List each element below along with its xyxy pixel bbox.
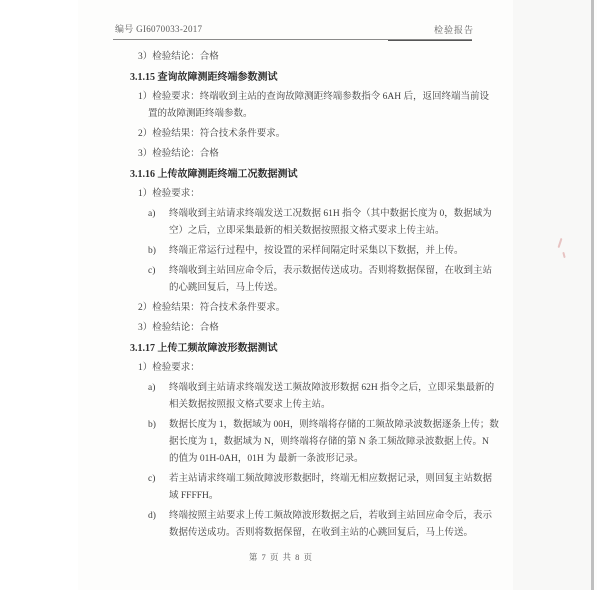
line-text: 的值为 01H-0AH，01H 为 最新一条波形记录。 [169,454,363,464]
document-body: 3）检验结论：合格3.1.15 查询故障测距终端参数测试1）检验要求：终端收到主… [0,46,597,542]
text-line: 3）检验结论：合格 [0,49,597,66]
text-line: 3）检验结论：合格 [0,146,597,163]
document-number: 编号 GI6070033-2017 [115,24,202,35]
line-text: 空）之后，立即采集最新的相关数据按照报文格式要求上传主站。 [169,226,445,236]
line-text: 1）检验要求： [138,189,200,199]
line-text: 若主站请求终端工频故障波形数据时，终端无相应数据记录，则回复主站数据 [169,474,492,484]
text-line: 相关数据按照报文格式要求上传主站。 [0,397,597,414]
text-line: 2）检验结果：符合技术条件要求。 [0,300,597,317]
line-text: 终端收到主站请求终端发送工频故障波形数据 62H 指令之后，立即采集最新的 [169,383,494,393]
text-line: 置的故障测距终端参数。 [0,106,597,123]
text-line: 据长度为 1，数据域为 N，则终端将存储的第 N 条工频故障录波数据上传。N [0,434,597,451]
page-number-footer: 第 7 页 共 8 页 [113,551,449,563]
text-line: 3.1.16 上传故障测距终端工况数据测试 [0,166,597,183]
text-line: a)终端收到主站请求终端发送工频故障波形数据 62H 指令之后，立即采集最新的 [0,380,597,397]
line-text: 终端正常运行过程中，按设置的采样间隔定时采集以下数据，并上传。 [169,246,464,256]
text-line: 的值为 01H-0AH，01H 为 最新一条波形记录。 [0,451,597,468]
line-text: 终端按照主站要求上传工频故障波形数据之后，若收到主站回应命令后，表示 [169,511,492,521]
text-line: 3.1.15 查询故障测距终端参数测试 [0,69,597,86]
report-title: 检验报告 [434,25,474,36]
list-marker: b) [148,243,169,260]
text-line: 域 FFFFH。 [0,488,597,505]
line-text: 终端收到主站请求终端发送工况数据 61H 指令（其中数据长度为 0，数据域为 [169,209,492,219]
line-text: 3.1.16 上传故障测距终端工况数据测试 [130,169,298,180]
text-line: a)终端收到主站请求终端发送工况数据 61H 指令（其中数据长度为 0，数据域为 [0,206,597,223]
line-text: 3.1.15 查询故障测距终端参数测试 [130,72,278,83]
line-text: 域 FFFFH。 [169,491,218,501]
line-text: 1）检验要求：终端收到主站的查询故障测距终端参数指令 6AH 后，返回终端当前设 [138,92,489,102]
line-text: 数据长度为 1，数据域为 00H，则终端将存储的工频故障录波数据逐条上传；数 [169,420,499,430]
line-text: 的心跳回复后，马上传送。 [169,283,283,293]
text-line: 3）检验结论：合格 [0,320,597,337]
text-line: d)终端按照主站要求上传工频故障波形数据之后，若收到主站回应命令后，表示 [0,508,597,525]
text-line: 的心跳回复后，马上传送。 [0,280,597,297]
text-line: 空）之后，立即采集最新的相关数据按照报文格式要求上传主站。 [0,223,597,240]
header-rule-dark-segment [388,40,472,41]
text-line: c)终端收到主站回应命令后，表示数据传送成功。否则将数据保留，在收到主站 [0,263,597,280]
line-text: 相关数据按照报文格式要求上传主站。 [169,400,331,410]
line-text: 数据传送成功。否则将数据保留，在收到主站的心跳回复后，马上传送。 [169,528,473,538]
text-line: 3.1.17 上传工频故障波形数据测试 [0,340,597,357]
list-marker: a) [148,380,169,397]
text-line: b)终端正常运行过程中，按设置的采样间隔定时采集以下数据，并上传。 [0,243,597,260]
list-marker: d) [148,508,169,525]
text-line: 1）检验要求： [0,186,597,203]
text-line: 数据传送成功。否则将数据保留，在收到主站的心跳回复后，马上传送。 [0,525,597,542]
line-text: 3）检验结论：合格 [138,52,219,62]
line-text: 终端收到主站回应命令后，表示数据传送成功。否则将数据保留，在收到主站 [169,266,492,276]
text-line: b)数据长度为 1，数据域为 00H，则终端将存储的工频故障录波数据逐条上传；数 [0,417,597,434]
text-line: 2）检验结果：符合技术条件要求。 [0,126,597,143]
line-text: 据长度为 1，数据域为 N，则终端将存储的第 N 条工频故障录波数据上传。N [169,437,489,447]
line-text: 3）检验结论：合格 [138,149,219,159]
list-marker: c) [148,263,169,280]
text-line: 1）检验要求：终端收到主站的查询故障测距终端参数指令 6AH 后，返回终端当前设 [0,89,597,106]
line-text: 3.1.17 上传工频故障波形数据测试 [130,343,278,354]
line-text: 3）检验结论：合格 [138,323,219,333]
text-line: 1）检验要求： [0,360,597,377]
text-line: c)若主站请求终端工频故障波形数据时，终端无相应数据记录，则回复主站数据 [0,471,597,488]
list-marker: b) [148,417,169,434]
list-marker: c) [148,471,169,488]
list-marker: a) [148,206,169,223]
line-text: 1）检验要求： [138,363,200,373]
scanned-report-page: 编号 GI6070033-2017 检验报告 3）检验结论：合格3.1.15 查… [0,0,597,590]
line-text: 置的故障测距终端参数。 [148,109,253,119]
line-text: 2）检验结果：符合技术条件要求。 [138,129,285,139]
line-text: 2）检验结果：符合技术条件要求。 [138,303,285,313]
